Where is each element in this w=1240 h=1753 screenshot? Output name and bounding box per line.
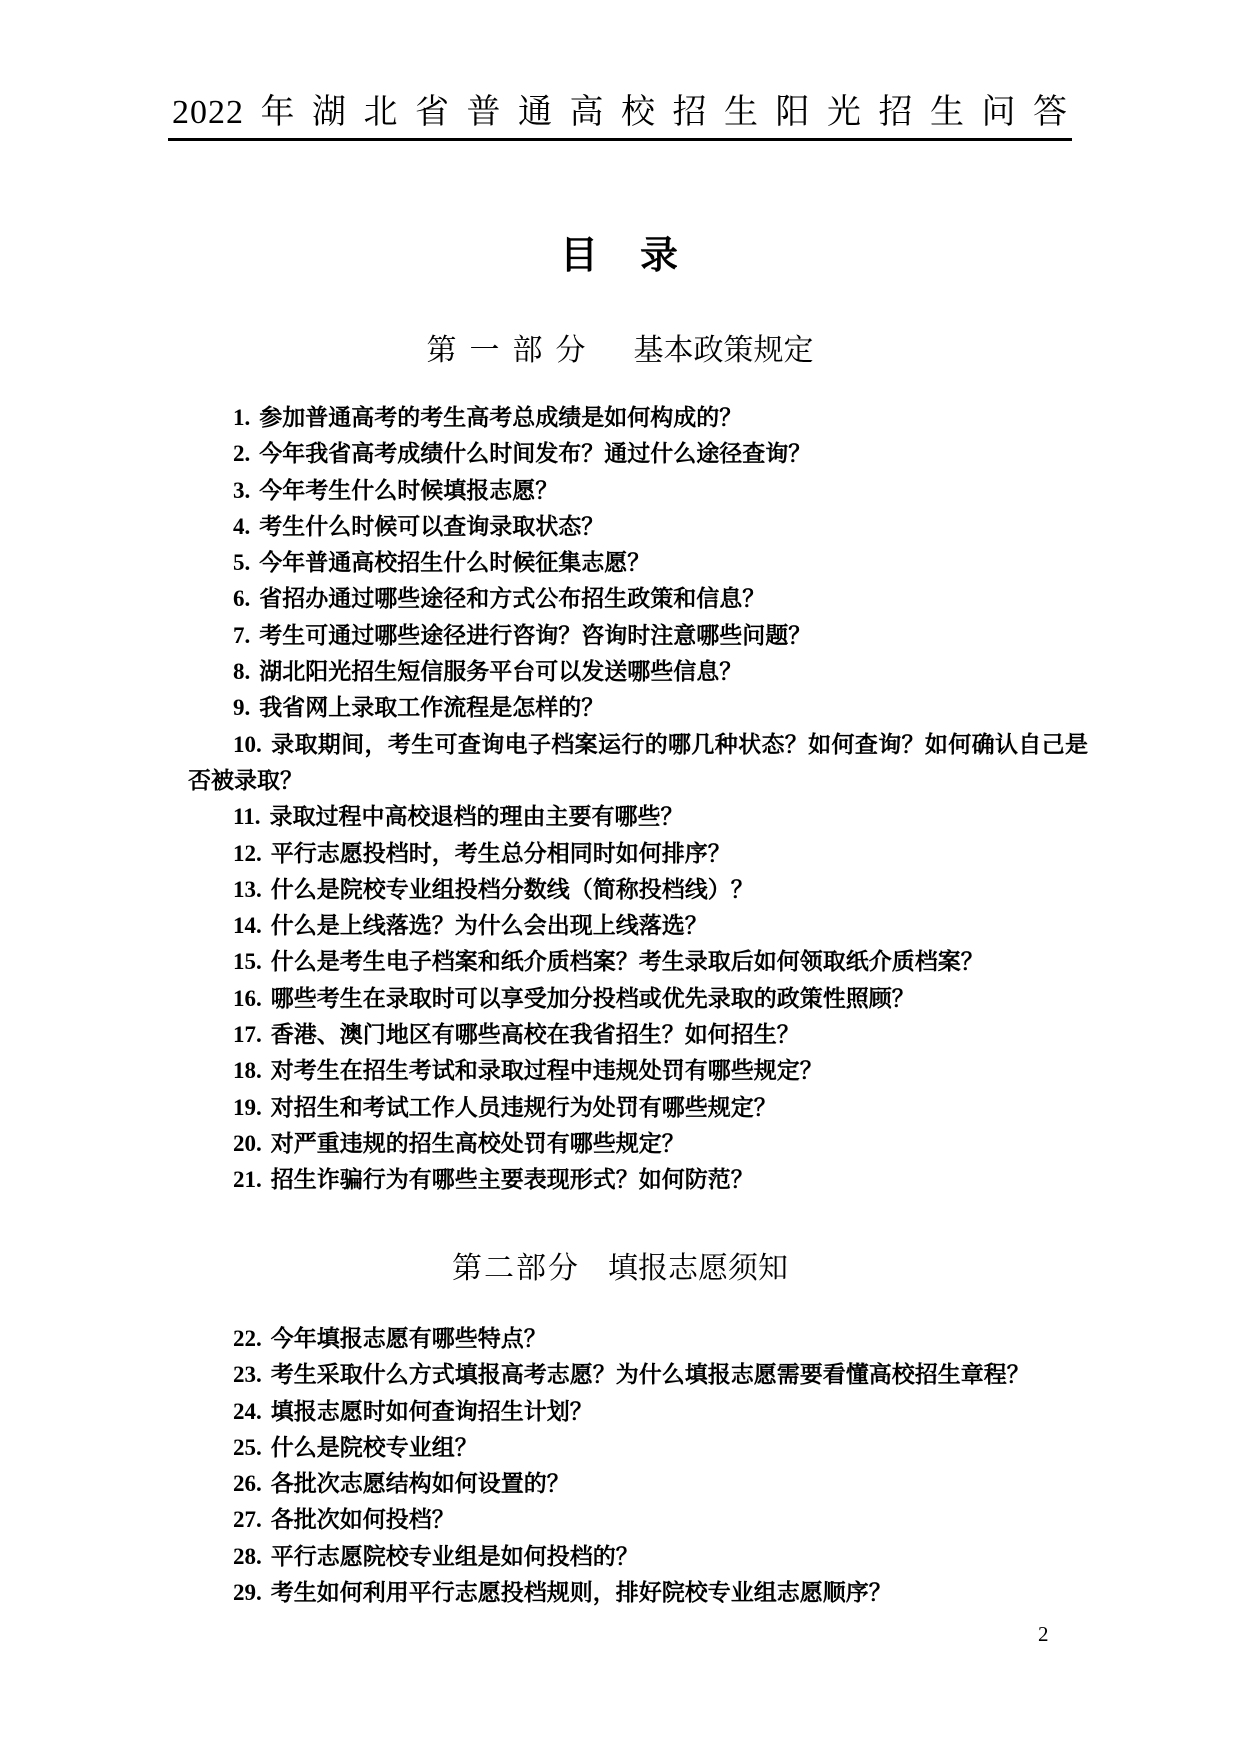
section-heading-part-1: 第一部分基本政策规定: [0, 325, 1240, 369]
toc-item-text: 考生什么时候可以查询录取状态？: [259, 514, 604, 539]
toc-item-text: 今年我省高考成绩什么时间发布？通过什么途径查询？: [259, 441, 811, 466]
toc-item: 11.录取过程中高校退档的理由主要有哪些？: [188, 799, 1088, 835]
toc-item-number: 10.: [233, 732, 271, 757]
toc-item-text: 平行志愿院校专业组是如何投档的？: [271, 1544, 639, 1569]
toc-item-number: 11.: [233, 804, 269, 829]
toc-item: 7.考生可通过哪些途径进行咨询？咨询时注意哪些问题？: [188, 618, 1088, 654]
toc-item-number: 7.: [233, 623, 259, 648]
toc-item-text: 哪些考生在录取时可以享受加分投档或优先录取的政策性照顾？: [271, 986, 915, 1011]
toc-item-text: 招生诈骗行为有哪些主要表现形式？如何防范？: [271, 1167, 754, 1192]
toc-item-number: 28.: [233, 1544, 271, 1569]
toc-item: 29.考生如何利用平行志愿投档规则，排好院校专业组志愿顺序？: [188, 1575, 1088, 1611]
page-header: 2022 年 湖 北 省 普 通 高 校 招 生 阳 光 招 生 问 答: [0, 84, 1240, 141]
toc-item-text: 参加普通高考的考生高考总成绩是如何构成的？: [259, 405, 742, 430]
toc-item-number: 5.: [233, 550, 259, 575]
toc-item-number: 8.: [233, 659, 259, 684]
toc-item-number: 20.: [233, 1131, 271, 1156]
toc-item-text: 今年普通高校招生什么时候征集志愿？: [259, 550, 650, 575]
toc-item-text: 填报志愿时如何查询招生计划？: [271, 1399, 593, 1424]
toc-item: 10.录取期间，考生可查询电子档案运行的哪几种状态？如何查询？如何确认自己是否被…: [188, 727, 1088, 800]
toc-item-text: 湖北阳光招生短信服务平台可以发送哪些信息？: [259, 659, 742, 684]
toc-item-number: 14.: [233, 913, 271, 938]
toc-item-text: 今年考生什么时候填报志愿？: [259, 478, 558, 503]
toc-item-number: 24.: [233, 1399, 271, 1424]
toc-item-text: 什么是考生电子档案和纸介质档案？考生录取后如何领取纸介质档案？: [271, 949, 984, 974]
toc-item-text: 平行志愿投档时，考生总分相同时如何排序？: [271, 841, 731, 866]
toc-item-number: 17.: [233, 1022, 271, 1047]
toc-item-number: 1.: [233, 405, 259, 430]
toc-item-text: 什么是院校专业组投档分数线（简称投档线）？: [271, 877, 754, 902]
toc-item-number: 26.: [233, 1471, 271, 1496]
toc-item-text: 省招办通过哪些途径和方式公布招生政策和信息？: [259, 586, 765, 611]
toc-item: 15.什么是考生电子档案和纸介质档案？考生录取后如何领取纸介质档案？: [188, 944, 1088, 980]
toc-item-text: 各批次如何投档？: [271, 1507, 455, 1532]
toc-item-text: 对招生和考试工作人员违规行为处罚有哪些规定？: [271, 1095, 777, 1120]
page-number: 2: [1038, 1622, 1049, 1647]
toc-item-number: 16.: [233, 986, 271, 1011]
toc-item: 4.考生什么时候可以查询录取状态？: [188, 509, 1088, 545]
toc-list-part-1: 1.参加普通高考的考生高考总成绩是如何构成的？ 2.今年我省高考成绩什么时间发布…: [188, 400, 1088, 1199]
toc-item-number: 19.: [233, 1095, 271, 1120]
toc-item-number: 27.: [233, 1507, 271, 1532]
toc-item: 21.招生诈骗行为有哪些主要表现形式？如何防范？: [188, 1162, 1088, 1198]
toc-item-number: 15.: [233, 949, 271, 974]
toc-item-text: 香港、澳门地区有哪些高校在我省招生？如何招生？: [271, 1022, 800, 1047]
toc-item-text: 什么是院校专业组？: [271, 1435, 478, 1460]
toc-item: 16.哪些考生在录取时可以享受加分投档或优先录取的政策性照顾？: [188, 981, 1088, 1017]
toc-item-number: 29.: [233, 1580, 271, 1605]
toc-item: 22.今年填报志愿有哪些特点？: [188, 1321, 1088, 1357]
toc-item-text: 考生如何利用平行志愿投档规则，排好院校专业组志愿顺序？: [271, 1580, 892, 1605]
toc-item: 2.今年我省高考成绩什么时间发布？通过什么途径查询？: [188, 436, 1088, 472]
section-1-label: 第一部分: [427, 334, 599, 367]
toc-item: 12.平行志愿投档时，考生总分相同时如何排序？: [188, 836, 1088, 872]
section-heading-part-2: 第二部分填报志愿须知: [0, 1243, 1240, 1287]
toc-item: 25.什么是院校专业组？: [188, 1430, 1088, 1466]
toc-item-number: 12.: [233, 841, 271, 866]
toc-item: 20.对严重违规的招生高校处罚有哪些规定？: [188, 1126, 1088, 1162]
toc-item-number: 3.: [233, 478, 259, 503]
toc-item: 24.填报志愿时如何查询招生计划？: [188, 1394, 1088, 1430]
toc-item-number: 13.: [233, 877, 271, 902]
toc-item: 13.什么是院校专业组投档分数线（简称投档线）？: [188, 872, 1088, 908]
toc-item: 17.香港、澳门地区有哪些高校在我省招生？如何招生？: [188, 1017, 1088, 1053]
toc-item: 3.今年考生什么时候填报志愿？: [188, 473, 1088, 509]
toc-item: 8.湖北阳光招生短信服务平台可以发送哪些信息？: [188, 654, 1088, 690]
toc-item-number: 9.: [233, 695, 259, 720]
toc-item-number: 4.: [233, 514, 259, 539]
toc-item-number: 18.: [233, 1058, 271, 1083]
toc-item: 23.考生采取什么方式填报高考志愿？为什么填报志愿需要看懂高校招生章程？: [188, 1357, 1088, 1393]
toc-item: 28.平行志愿院校专业组是如何投档的？: [188, 1539, 1088, 1575]
toc-item: 9.我省网上录取工作流程是怎样的？: [188, 690, 1088, 726]
toc-item: 1.参加普通高考的考生高考总成绩是如何构成的？: [188, 400, 1088, 436]
toc-item-text: 录取期间，考生可查询电子档案运行的哪几种状态？如何查询？如何确认自己是否被录取？: [188, 732, 1088, 793]
toc-item-text: 各批次志愿结构如何设置的？: [271, 1471, 570, 1496]
toc-item-number: 21.: [233, 1167, 271, 1192]
toc-item: 19.对招生和考试工作人员违规行为处罚有哪些规定？: [188, 1090, 1088, 1126]
toc-item-number: 2.: [233, 441, 259, 466]
section-1-title: 基本政策规定: [634, 334, 814, 367]
toc-item-text: 考生可通过哪些途径进行咨询？咨询时注意哪些问题？: [259, 623, 811, 648]
toc-item: 14.什么是上线落选？为什么会出现上线落选？: [188, 908, 1088, 944]
toc-item-number: 25.: [233, 1435, 271, 1460]
toc-item-text: 录取过程中高校退档的理由主要有哪些？: [269, 804, 683, 829]
toc-item-text: 考生采取什么方式填报高考志愿？为什么填报志愿需要看懂高校招生章程？: [271, 1362, 1030, 1387]
toc-item-text: 对考生在招生考试和录取过程中违规处罚有哪些规定？: [271, 1058, 823, 1083]
toc-item-number: 22.: [233, 1326, 271, 1351]
section-2-title: 填报志愿须知: [608, 1252, 788, 1285]
toc-item-number: 23.: [233, 1362, 271, 1387]
header-title: 2022 年 湖 北 省 普 通 高 校 招 生 阳 光 招 生 问 答: [168, 84, 1072, 141]
section-2-label: 第二部分: [452, 1252, 580, 1285]
toc-item: 26.各批次志愿结构如何设置的？: [188, 1466, 1088, 1502]
toc-item-text: 今年填报志愿有哪些特点？: [271, 1326, 547, 1351]
toc-item: 5.今年普通高校招生什么时候征集志愿？: [188, 545, 1088, 581]
toc-item: 18.对考生在招生考试和录取过程中违规处罚有哪些规定？: [188, 1053, 1088, 1089]
toc-item-number: 6.: [233, 586, 259, 611]
toc-item-text: 对严重违规的招生高校处罚有哪些规定？: [271, 1131, 685, 1156]
toc-item-text: 我省网上录取工作流程是怎样的？: [259, 695, 604, 720]
toc-item: 6.省招办通过哪些途径和方式公布招生政策和信息？: [188, 581, 1088, 617]
toc-item-text: 什么是上线落选？为什么会出现上线落选？: [271, 913, 708, 938]
toc-list-part-2: 22.今年填报志愿有哪些特点？ 23.考生采取什么方式填报高考志愿？为什么填报志…: [188, 1321, 1088, 1611]
toc-title: 目 录: [0, 224, 1240, 279]
toc-item: 27.各批次如何投档？: [188, 1502, 1088, 1538]
document-page: 2022 年 湖 北 省 普 通 高 校 招 生 阳 光 招 生 问 答 目 录…: [0, 0, 1240, 1753]
